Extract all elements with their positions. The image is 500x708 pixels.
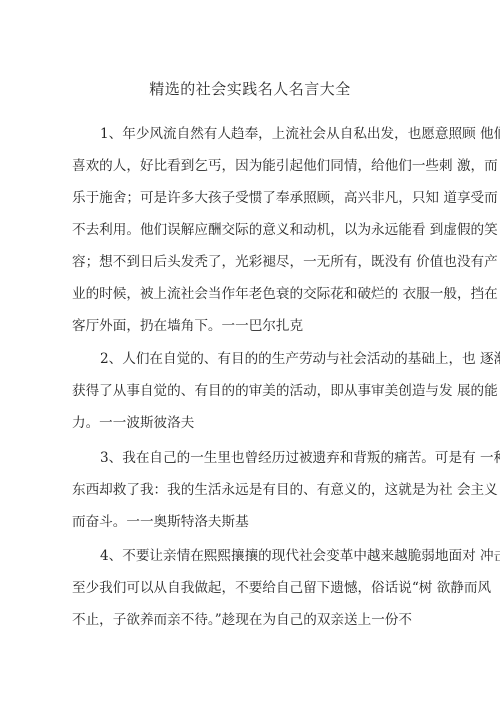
paragraph-1-line-7: 客厅外面，扔在墙角下。一一巴尔扎克 (72, 317, 430, 335)
paragraph-1-line-2: 喜欢的人，好比看到乞丐，因为能引起他们同情，给他们一些刺 激，而 (72, 157, 430, 175)
paragraph-1-line-4: 不去利用。他们误解应酬交际的意义和动机，以为永远能看 到虚假的笑 (72, 221, 430, 239)
paragraph-2-line-3: 力。一一波斯彼洛夫 (72, 414, 430, 432)
paragraph-4-line-2: 至少我们可以从自我做起，不要给自己留下遗憾，俗话说“树 欲静而风 (72, 579, 430, 597)
paragraph-2-line-2: 获得了从事自觉的、有目的的审美的活动，即从事审美创造与发 展的能 (72, 382, 430, 400)
paragraph-1-line-1: 1、年少风流自然有人趋奉，上流社会从自私出发，也愿意照顾 他们 (100, 125, 430, 143)
paragraph-1-line-6: 业的时候，被上流社会当作年老色衰的交际花和破烂的 衣服一般，挡在 (72, 285, 430, 303)
paragraph-4-line-1: 4、不要让亲情在熙熙攘攘的现代社会变革中越来越脆弱地面对 冲击， (100, 547, 430, 565)
paragraph-1-line-5: 容；想不到日后头发秃了，光彩褪尽，一无所有，既没有 价值也没有产 (72, 253, 430, 271)
paragraph-3-line-2: 东西却救了我：我的生活永远是有目的、有意义的，这就是为社 会主义 (72, 481, 430, 499)
paragraph-4-line-3: 不止，子欲养而亲不待。”趁现在为自己的双亲送上一份不 (72, 611, 430, 629)
paragraph-3-line-3: 而奋斗。一一奥斯特洛夫斯基 (72, 513, 430, 531)
document-page: 精选的社会实践名人名言大全 1、年少风流自然有人趋奉，上流社会从自私出发，也愿意… (0, 0, 500, 708)
paragraph-2-line-1: 2、人们在自觉的、有目的的生产劳动与社会活动的基础上，也 逐渐 (100, 350, 430, 368)
paragraph-1-line-3: 乐于施舍；可是许多大孩子受惯了奉承照顾，高兴非凡，只知 道享受而 (72, 189, 430, 207)
document-title: 精选的社会实践名人名言大全 (0, 78, 500, 99)
paragraph-3-line-1: 3、我在自己的一生里也曾经历过被遗弃和背叛的痛苦。可是有 一种 (100, 449, 430, 467)
